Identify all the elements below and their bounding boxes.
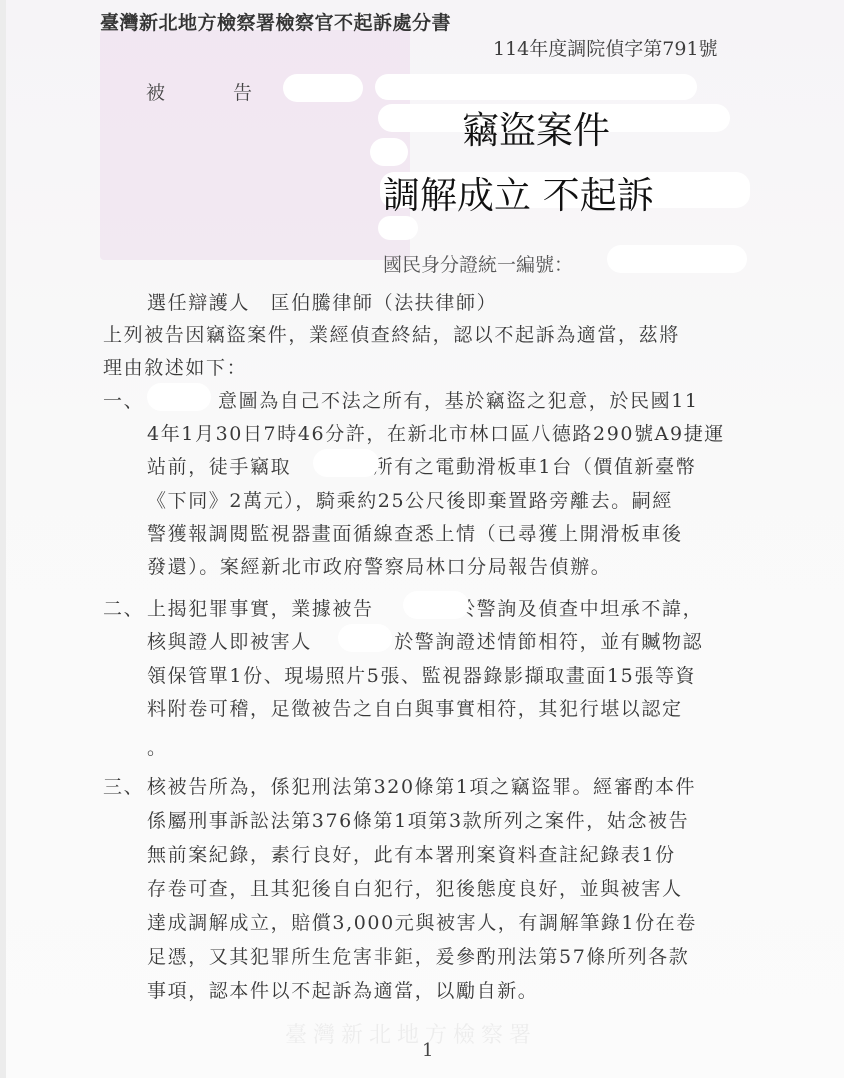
section-2-line: 領保管單1份、現場照片5張、監視器錄影擷取畫面15張等資	[147, 661, 696, 688]
section-1-line: 警獲報調閱監視器畫面循線查悉上情（已尋獲上開滑板車後	[147, 519, 683, 546]
section-3-line: 達成調解成立，賠償3,000元與被害人，有調解筆錄1份在卷	[147, 908, 697, 935]
section-3-marker: 三、	[103, 772, 144, 799]
redaction-defendant-name-2	[403, 591, 469, 619]
section-3-line: 係屬刑事訴訟法第376條第1項第3款所列之案件，姑念被告	[147, 806, 689, 833]
section-1-marker: 一、	[103, 386, 144, 413]
defendant-label-char-1: 被	[146, 82, 167, 104]
document-page: 臺灣新北地方檢察署檢察官不起訴處分書 114年度調院偵字第791號 被告 竊盜案…	[0, 0, 844, 1078]
redaction-line-1	[375, 74, 697, 100]
section-1-line: 意圖為自己不法之所有，基於竊盜之犯意，於民國11	[218, 386, 699, 413]
redaction-victim-name	[313, 449, 379, 477]
overlay-case-type: 竊盜案件	[462, 100, 610, 154]
defendant-label: 被告	[146, 78, 254, 105]
defendant-label-char-2: 告	[233, 82, 254, 104]
case-number: 114年度調院偵字第791號	[493, 34, 718, 61]
section-3-line: 足憑，又其犯罪所生危害非鉅，爰參酌刑法第57條所列各款	[147, 942, 689, 969]
section-3-line: 核被告所為，係犯刑法第320條第1項之竊盜罪。經審酌本件	[147, 772, 696, 799]
section-1-line: 站前，徒手竊取 所有之電動滑板車1台（價值新臺幣	[147, 452, 696, 479]
section-2-line: 核與證人即被害人 於警詢證述情節相符，並有贓物認	[147, 627, 703, 654]
section-2-line: 。	[147, 733, 168, 760]
redaction-witness-name	[338, 624, 392, 652]
section-2-line: 料附卷可稽，足徵被告之自白與事實相符，其犯行堪以認定	[147, 694, 683, 721]
overlay-result: 調解成立 不起訴	[383, 165, 654, 219]
page-number: 1	[422, 1040, 433, 1061]
section-2-marker: 二、	[103, 594, 144, 621]
defense-counsel: 選任辯護人 匡伯騰律師（法扶律師）	[147, 288, 497, 315]
section-3-line: 無前案紀錄，素行良好，此有本署刑案資料查註紀錄表1份	[147, 840, 676, 867]
redaction-line-5	[378, 216, 418, 240]
section-3-line: 事項，認本件以不起訴為適當，以勵自新。	[147, 976, 538, 1003]
redaction-id-number	[607, 245, 747, 273]
id-number-label: 國民身分證統一編號：	[383, 250, 573, 277]
section-1-line: 4年1月30日7時46分許，在新北市林口區八德路290號A9捷運	[147, 419, 725, 446]
stamp-bleed-through	[100, 30, 410, 260]
redaction-line-3	[370, 138, 408, 166]
watermark-bleed-through: 臺灣新北地方檢察署	[285, 1018, 537, 1049]
section-3-line: 存卷可查，且其犯後自白犯行，犯後態度良好，並與被害人	[147, 874, 683, 901]
redaction-section1-name	[147, 383, 211, 411]
document-title: 臺灣新北地方檢察署檢察官不起訴處分書	[100, 8, 451, 35]
section-1-line: 《下同》2萬元），騎乘約25公尺後即棄置路旁離去。嗣經	[147, 486, 673, 513]
intro-line-1: 上列被告因竊盜案件，業經偵查終結，認以不起訴為適當，茲將	[103, 320, 680, 347]
redaction-defendant-name	[283, 74, 363, 102]
section-1-line: 發還）。案經新北市政府警察局林口分局報告偵辦。	[147, 552, 611, 579]
intro-line-2: 理由敘述如下：	[103, 353, 247, 380]
page-edge	[0, 0, 6, 1078]
